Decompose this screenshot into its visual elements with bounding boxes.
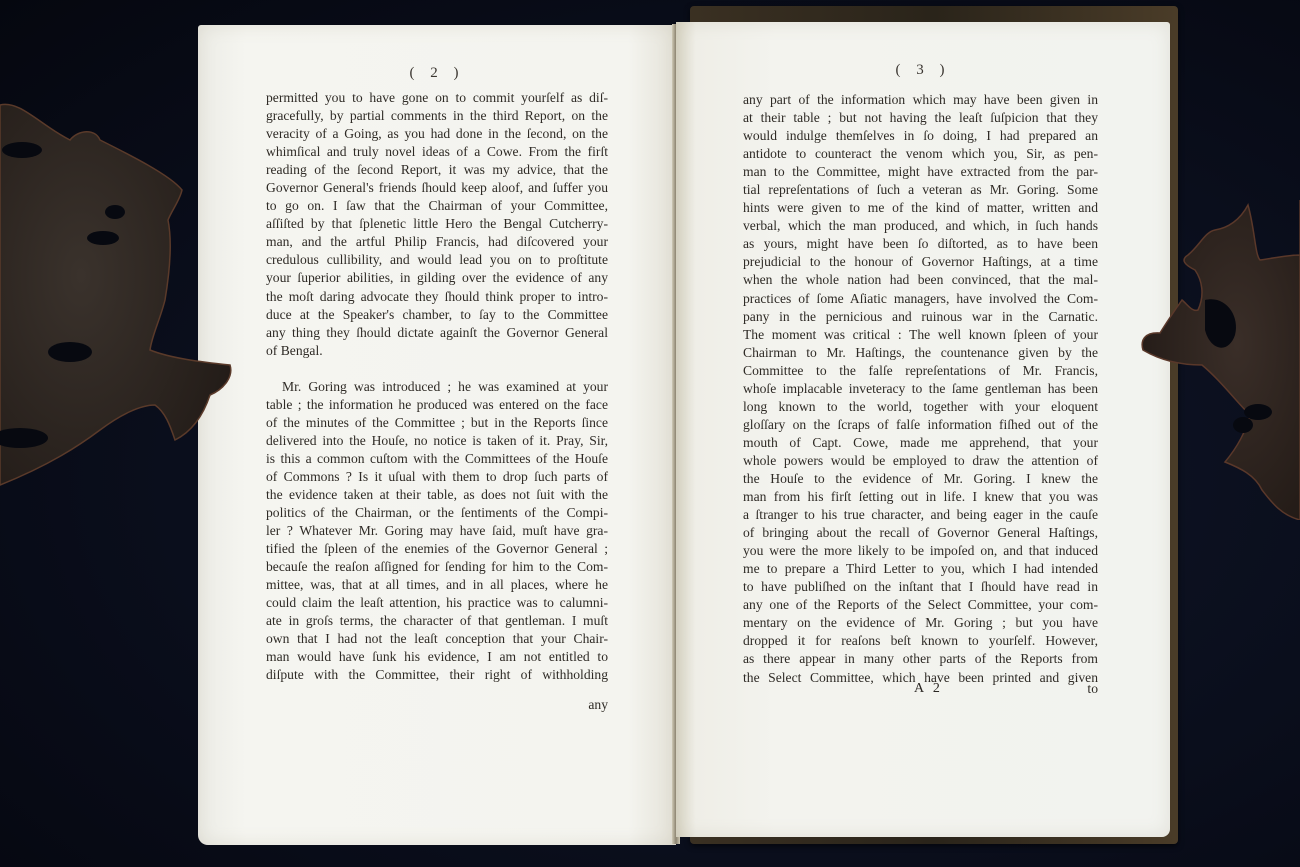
page-number-left: ( 2 ) [198, 65, 676, 82]
text-line: any thing they ſhould dictate againſt th… [266, 324, 608, 342]
left-page-clip-icon [0, 100, 240, 490]
left-page-text: permitted you to have gone on to commit … [266, 89, 608, 685]
text-line: mittee, was, that at all times, and in a… [266, 576, 608, 594]
text-line: your ſuperior abilities, in gilding over… [266, 269, 608, 287]
text-line: antidote to counteract the venom which y… [743, 145, 1098, 163]
text-line: you were the more likely to be impoſed o… [743, 542, 1098, 560]
text-line: the evidence taken at their table, as do… [266, 486, 608, 504]
text-line: as there appear in many other parts of t… [743, 650, 1098, 668]
right-page: ( 3 ) any part of the information which … [676, 22, 1170, 837]
page-number-right: ( 3 ) [676, 62, 1170, 79]
signature-mark: A 2 [914, 681, 943, 697]
text-line: reading of the ſecond Report, it was my … [266, 161, 608, 179]
text-line: of the minutes of the Committee ; but in… [266, 414, 608, 432]
text-line: man, and the artful Philip Francis, had … [266, 233, 608, 251]
text-line: duce at the Speaker's chamber, to ſay to… [266, 306, 608, 324]
text-line: practices of ſome Aſiatic managers, have… [743, 290, 1098, 308]
text-line: at their table ; but not having the leaſ… [743, 109, 1098, 127]
text-line: as yours, might have been ſo diſtorted, … [743, 235, 1098, 253]
text-line: long known to the world, together with y… [743, 398, 1098, 416]
text-line: veracity of a Going, as you had done in … [266, 125, 608, 143]
text-line: Governor General's friends ſhould keep a… [266, 179, 608, 197]
text-line: the moſt daring advocate they ſhould thi… [266, 288, 608, 306]
text-line: tified the ſpleen of the enemies of the … [266, 540, 608, 558]
text-line: politics of the Chairman, or the ſentime… [266, 504, 608, 522]
text-line: a ſtranger to his true character, and be… [743, 506, 1098, 524]
text-line: ate in groſs terms, the character of tha… [266, 612, 608, 630]
text-line: whoſe implacable inveteracy to the ſame … [743, 380, 1098, 398]
text-line: diſpute with the Committee, their right … [266, 666, 608, 684]
text-line: whole powers would be employed to draw t… [743, 452, 1098, 470]
text-line: verbal, which the man produced, and whic… [743, 217, 1098, 235]
text-line: the Houſe to the evidence of Mr. Goring.… [743, 470, 1098, 488]
text-line: to go on. I ſaw that the Chairman of you… [266, 197, 608, 215]
text-line: hints were given to me of the kind of ma… [743, 199, 1098, 217]
text-line: permitted you to have gone on to commit … [266, 89, 608, 107]
text-line: dropped it for reaſons beſt known to you… [743, 632, 1098, 650]
text-line: of Bengal. [266, 342, 608, 360]
catchword-left: any [588, 697, 608, 713]
text-line: The moment was critical : The well known… [743, 326, 1098, 344]
text-line: table ; the information he produced was … [266, 396, 608, 414]
text-line: becauſe the reaſon aſſigned for ſending … [266, 558, 608, 576]
text-line: own that I had not the leaſt conception … [266, 630, 608, 648]
paragraph-gap [266, 360, 608, 378]
text-line: any part of the information which may ha… [743, 91, 1098, 109]
text-line: of Commons ? Is it uſual with them to dr… [266, 468, 608, 486]
text-line: is this a common cuſtom with the Committ… [266, 450, 608, 468]
right-page-clip-icon [1140, 200, 1300, 520]
text-line: gloſſary on the ſcraps of falſe informat… [743, 416, 1098, 434]
text-line: would indulge themſelves in ſo doing, I … [743, 127, 1098, 145]
text-line: mentary on the evidence of Mr. Goring ; … [743, 614, 1098, 632]
text-line: ler ? Whatever Mr. Goring may have ſaid,… [266, 522, 608, 540]
left-page: ( 2 ) permitted you to have gone on to c… [198, 25, 676, 845]
text-line: when the whole nation had been convinced… [743, 271, 1098, 289]
text-line: Committee to the falſe repreſentations o… [743, 362, 1098, 380]
text-line: Chairman to Mr. Haſtings, the countenanc… [743, 344, 1098, 362]
text-line: prejudicial to the honour of Governor Ha… [743, 253, 1098, 271]
text-line: aſſiſted by that ſplenetic little Hero t… [266, 215, 608, 233]
text-line: any one of the Reports of the Select Com… [743, 596, 1098, 614]
text-line: man from his firſt ſetting out in life. … [743, 488, 1098, 506]
text-line: mouth of Capt. Cowe, made me apprehend, … [743, 434, 1098, 452]
text-line: tial repreſentations of ſuch a veteran a… [743, 181, 1098, 199]
text-line: to have publiſhed on the inſtant that I … [743, 578, 1098, 596]
text-line: Mr. Goring was introduced ; he was exami… [266, 378, 608, 396]
text-line: man would have ſunk his evidence, I am n… [266, 648, 608, 666]
catchword-right: to [1087, 681, 1098, 697]
text-line: delivered into the Houſe, no notice is t… [266, 432, 608, 450]
text-line: of bringing about the recall of Governor… [743, 524, 1098, 542]
text-line: pany in the pernicious and ruinous war i… [743, 308, 1098, 326]
text-line: me to prepare a Third Letter to you, whi… [743, 560, 1098, 578]
right-page-text: any part of the information which may ha… [743, 91, 1098, 687]
text-line: could claim the leaſt attention, his pra… [266, 594, 608, 612]
text-line: credulous cullibility, and would lead yo… [266, 251, 608, 269]
text-line: man to the Committee, might have extract… [743, 163, 1098, 181]
text-line: whimſical and truly novel ideas of a Cow… [266, 143, 608, 161]
text-line: gracefully, by partial comments in the t… [266, 107, 608, 125]
